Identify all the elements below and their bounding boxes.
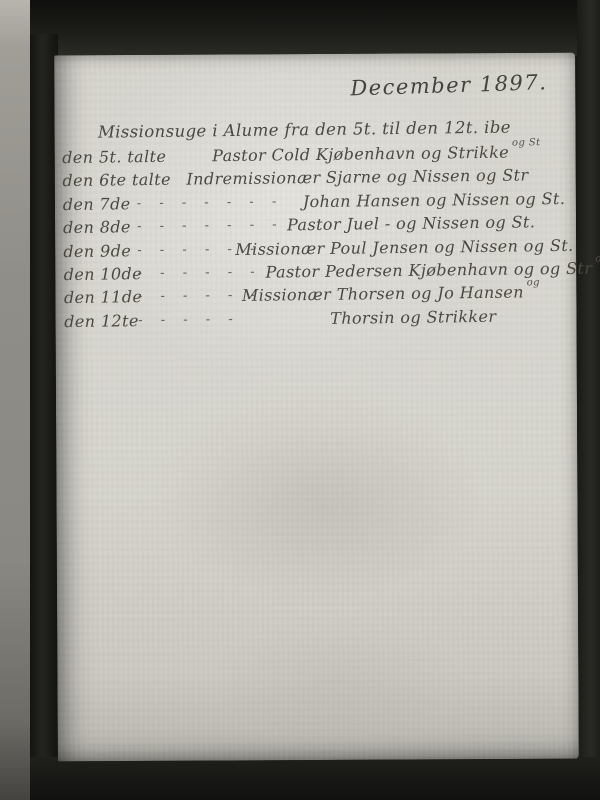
speaker-text: Johan Hansen og Nissen og St. <box>303 189 566 211</box>
speaker-text: Thorsin og Strikker <box>330 307 496 328</box>
superscript-note: og <box>527 277 540 288</box>
ditto-dashes: - - - - - <box>138 312 240 328</box>
superscript-note: og St <box>512 137 541 148</box>
speaker-text: Pastor Pedersen Kjøbenhavn og og Str <box>265 259 592 282</box>
speaker-text: Missionær Thorsen og Jo Hansen <box>242 283 524 305</box>
entry-text: Missionær Poul Jensen og Nissen og St. <box>235 235 576 258</box>
entry-text: Thorsin og Strikker <box>330 307 499 328</box>
superscript-note: og <box>595 253 600 264</box>
speaker-text: Pastor Cold Kjøbenhavn og Strikke <box>212 143 509 166</box>
manuscript-line: den 12te - - - - - Thorsin og Strikker <box>64 306 570 336</box>
photo-dark-top <box>30 0 600 56</box>
day-label: den 7de <box>63 194 131 214</box>
speaker-text: Pastor Juel - og Nissen og St. <box>287 212 535 234</box>
entry-text: Pastor Cold Kjøbenhavn og Strikkeog St <box>212 142 541 165</box>
ink-showthrough-smudge <box>207 613 468 744</box>
ink-showthrough-smudge <box>166 423 487 595</box>
entry-text: Missionsuge i Alume fra den 5t. til den … <box>62 118 511 142</box>
book-edge-left <box>0 0 30 800</box>
ditto-dashes: - - - - - - - <box>137 194 284 211</box>
date-heading: December 1897. <box>350 70 548 100</box>
day-label: den 6te talte <box>62 170 171 190</box>
entry-text: Pastor Juel - og Nissen og St. <box>287 212 538 234</box>
day-label: den 12te <box>64 311 139 331</box>
entry-text: Indremissionær Sjarne og Nissen og Str <box>186 166 531 189</box>
manuscript-text-block: Missionsuge i Alume fra den 5t. til den … <box>62 117 571 335</box>
day-label: den 11de <box>64 287 143 307</box>
entry-text: Pastor Pedersen Kjøbenhavn og og Strog <box>265 258 600 281</box>
ditto-dashes: - - - - - - <box>138 265 262 282</box>
manuscript-page: December 1897. Missionsuge i Alume fra d… <box>54 53 579 762</box>
entry-text: Johan Hansen og Nissen og St. <box>303 189 569 211</box>
day-label: den 9de <box>63 241 131 261</box>
entry-text: Missionær Thorsen og Jo Hansenog <box>242 283 540 306</box>
speaker-text: Indremissionær Sjarne og Nissen og Str <box>186 166 528 189</box>
speaker-text: Missionær Poul Jensen og Nissen og St. <box>235 235 573 258</box>
line-text: Missionsuge i Alume fra den 5t. til den … <box>98 118 511 142</box>
photo-scene: December 1897. Missionsuge i Alume fra d… <box>0 0 600 800</box>
day-label: den 10de <box>64 264 143 284</box>
day-label: den 8de <box>63 217 131 237</box>
photo-dark-bottom <box>30 757 600 800</box>
ditto-dashes: - - - - - - - <box>137 218 284 235</box>
day-label: den 5t. talte <box>62 147 166 167</box>
photo-dark-right <box>577 0 600 800</box>
